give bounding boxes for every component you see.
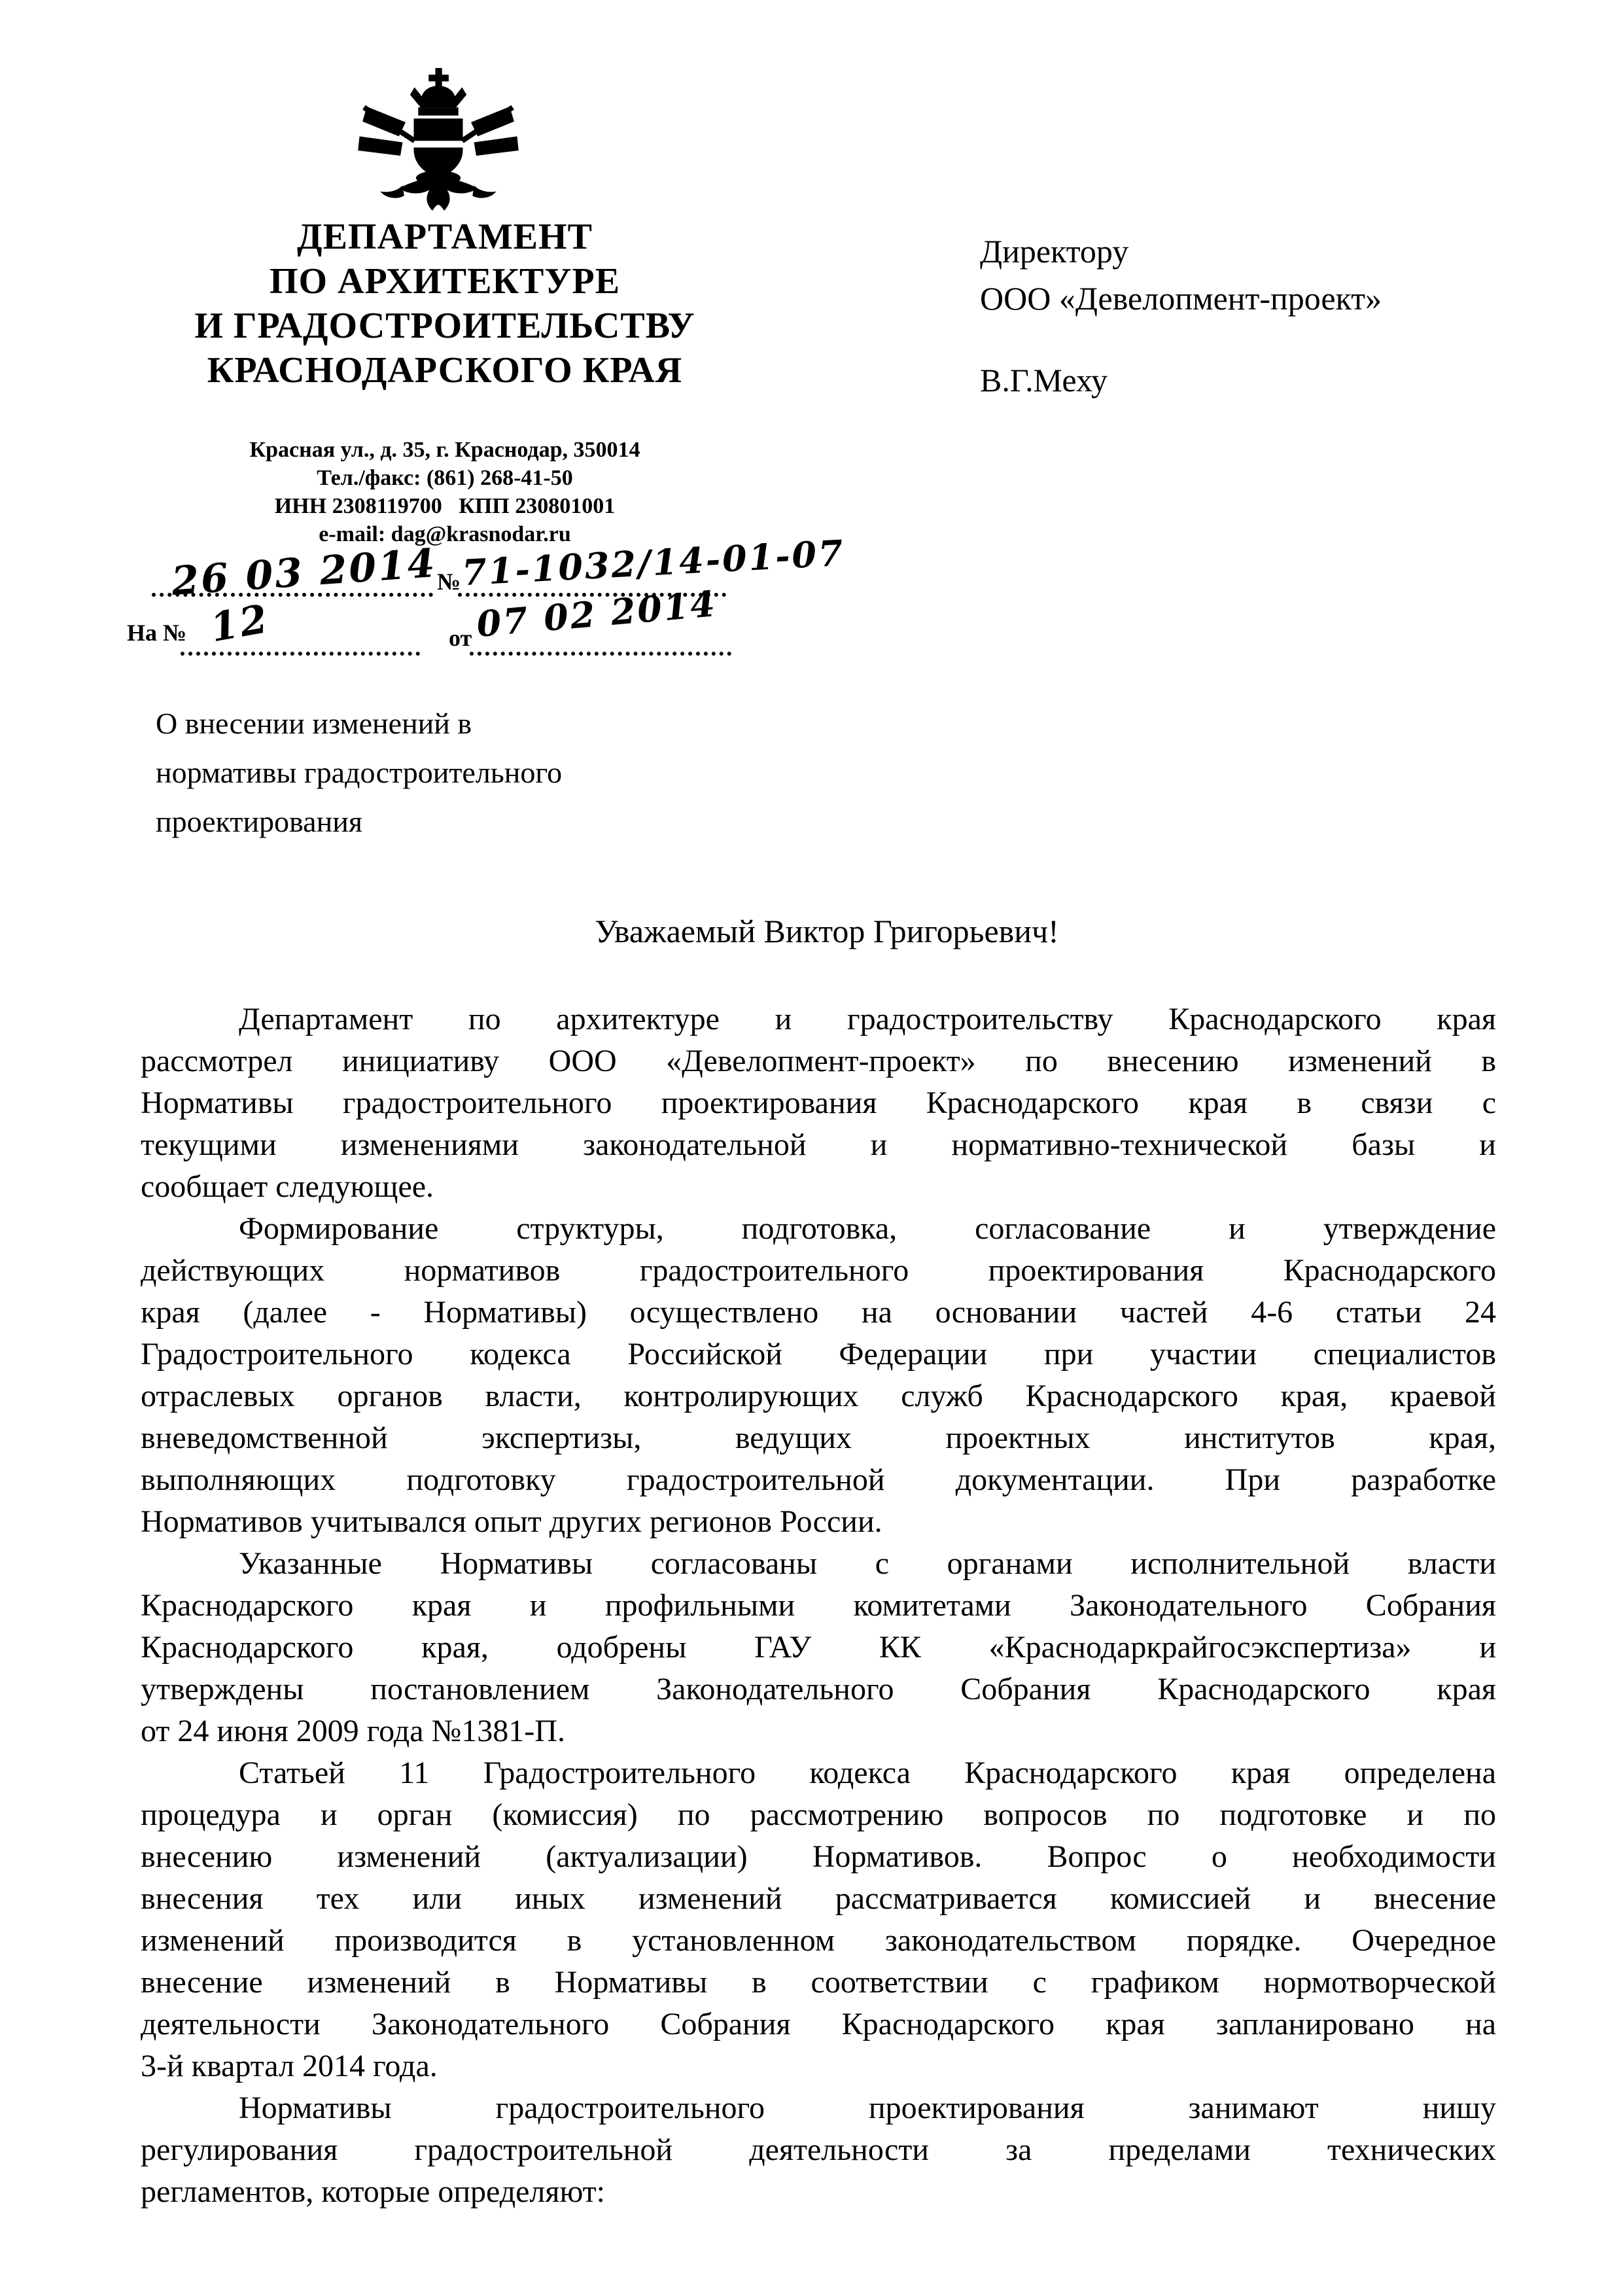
- body-line: регламентов, которые определяют:: [141, 2171, 1496, 2213]
- body-line: процедура и орган (комиссия) по рассмотр…: [141, 1794, 1496, 1836]
- subject-block: О внесении изменений в нормативы градост…: [156, 699, 692, 846]
- body-line: внесения тех или иных изменений рассматр…: [141, 1878, 1496, 1920]
- body-line: изменений производится в установленном з…: [141, 1920, 1496, 1962]
- body-line: Указанные Нормативы согласованы с органа…: [141, 1543, 1496, 1585]
- address-line: Красная ул., д. 35, г. Краснодар, 350014: [105, 436, 785, 464]
- body-line: деятельности Законодательного Собрания К…: [141, 2004, 1496, 2045]
- body-line: действующих нормативов градостроительног…: [141, 1250, 1496, 1292]
- body-line: Нормативы градостроительного проектирова…: [141, 2087, 1496, 2129]
- reply-date-label: от: [449, 624, 472, 652]
- recipient-organization: ООО «Девелопмент-проект»: [980, 275, 1529, 322]
- body-line: отраслевых органов власти, контролирующи…: [141, 1375, 1496, 1417]
- body-line: Нормативы градостроительного проектирова…: [141, 1082, 1496, 1124]
- subject-line: проектирования: [156, 797, 692, 846]
- reply-to-number-label: На №: [127, 619, 186, 646]
- body-line: текущими изменениями законодательной и н…: [141, 1124, 1496, 1166]
- body-line: Департамент по архитектуре и градостроит…: [141, 998, 1496, 1040]
- body-paragraph: Нормативы градостроительного проектирова…: [141, 2087, 1496, 2213]
- org-name-line: ПО АРХИТЕКТУРЕ: [105, 259, 785, 304]
- letter-body: Департамент по архитектуре и градостроит…: [141, 998, 1496, 2213]
- body-line: Краснодарского края, одобрены ГАУ КК «Кр…: [141, 1627, 1496, 1669]
- org-address: Красная ул., д. 35, г. Краснодар, 350014…: [105, 436, 785, 548]
- scanned-letter-page: ДЕПАРТАМЕНТ ПО АРХИТЕКТУРЕ И ГРАДОСТРОИТ…: [0, 0, 1623, 2296]
- org-name-line: КРАСНОДАРСКОГО КРАЯ: [105, 348, 785, 393]
- subject-line: О внесении изменений в: [156, 699, 692, 748]
- body-line: рассмотрел инициативу ООО «Девелопмент-п…: [141, 1040, 1496, 1082]
- body-paragraph: Департамент по архитектуре и градостроит…: [141, 998, 1496, 1208]
- body-line: Нормативов учитывался опыт других регион…: [141, 1501, 1496, 1543]
- address-line: Тел./факс: (861) 268-41-50: [105, 464, 785, 492]
- body-paragraph: Формирование структуры, подготовка, согл…: [141, 1208, 1496, 1543]
- body-line: внесение изменений в Нормативы в соответ…: [141, 1962, 1496, 2004]
- body-line: Формирование структуры, подготовка, согл…: [141, 1208, 1496, 1250]
- body-line: утверждены постановлением Законодательно…: [141, 1669, 1496, 1710]
- dotted-line: [152, 593, 433, 597]
- org-name: ДЕПАРТАМЕНТ ПО АРХИТЕКТУРЕ И ГРАДОСТРОИТ…: [105, 215, 785, 393]
- dotted-line: [181, 652, 420, 656]
- body-line: края (далее - Нормативы) осуществлено на…: [141, 1292, 1496, 1333]
- body-line: 3-й квартал 2014 года.: [141, 2045, 1496, 2087]
- body-line: вневедомственной экспертизы, ведущих про…: [141, 1417, 1496, 1459]
- body-line: сообщает следующее.: [141, 1166, 1496, 1208]
- address-line: ИНН 2308119700 КПП 230801001: [105, 492, 785, 520]
- recipient-block: Директору ООО «Девелопмент-проект»: [980, 228, 1529, 322]
- reply-date-handwritten: 07 02 2014: [475, 582, 718, 645]
- number-sign-label: №: [437, 568, 461, 595]
- org-name-line: И ГРАДОСТРОИТЕЛЬСТВУ: [105, 304, 785, 348]
- body-line: регулирования градостроительной деятельн…: [141, 2129, 1496, 2171]
- salutation: Уважаемый Виктор Григорьевич!: [150, 912, 1503, 950]
- coat-of-arms-icon: [357, 65, 520, 219]
- dotted-line: [470, 652, 731, 656]
- body-paragraph: Статьей 11 Градостроительного кодекса Кр…: [141, 1752, 1496, 2087]
- recipient-title: Директору: [980, 228, 1529, 275]
- reply-number-handwritten: 12: [207, 596, 273, 651]
- body-line: выполняющих подготовку градостроительной…: [141, 1459, 1496, 1501]
- body-paragraph: Указанные Нормативы согласованы с органа…: [141, 1543, 1496, 1752]
- body-line: Краснодарского края и профильными комите…: [141, 1585, 1496, 1627]
- body-line: внесению изменений (актуализации) Нормат…: [141, 1836, 1496, 1878]
- body-line: Градостроительного кодекса Российской Фе…: [141, 1333, 1496, 1375]
- recipient-name: В.Г.Меху: [980, 361, 1108, 399]
- body-line: от 24 июня 2009 года №1381-П.: [141, 1710, 1496, 1752]
- body-line: Статьей 11 Градостроительного кодекса Кр…: [141, 1752, 1496, 1794]
- org-name-line: ДЕПАРТАМЕНТ: [105, 215, 785, 259]
- subject-line: нормативы градостроительного: [156, 748, 692, 797]
